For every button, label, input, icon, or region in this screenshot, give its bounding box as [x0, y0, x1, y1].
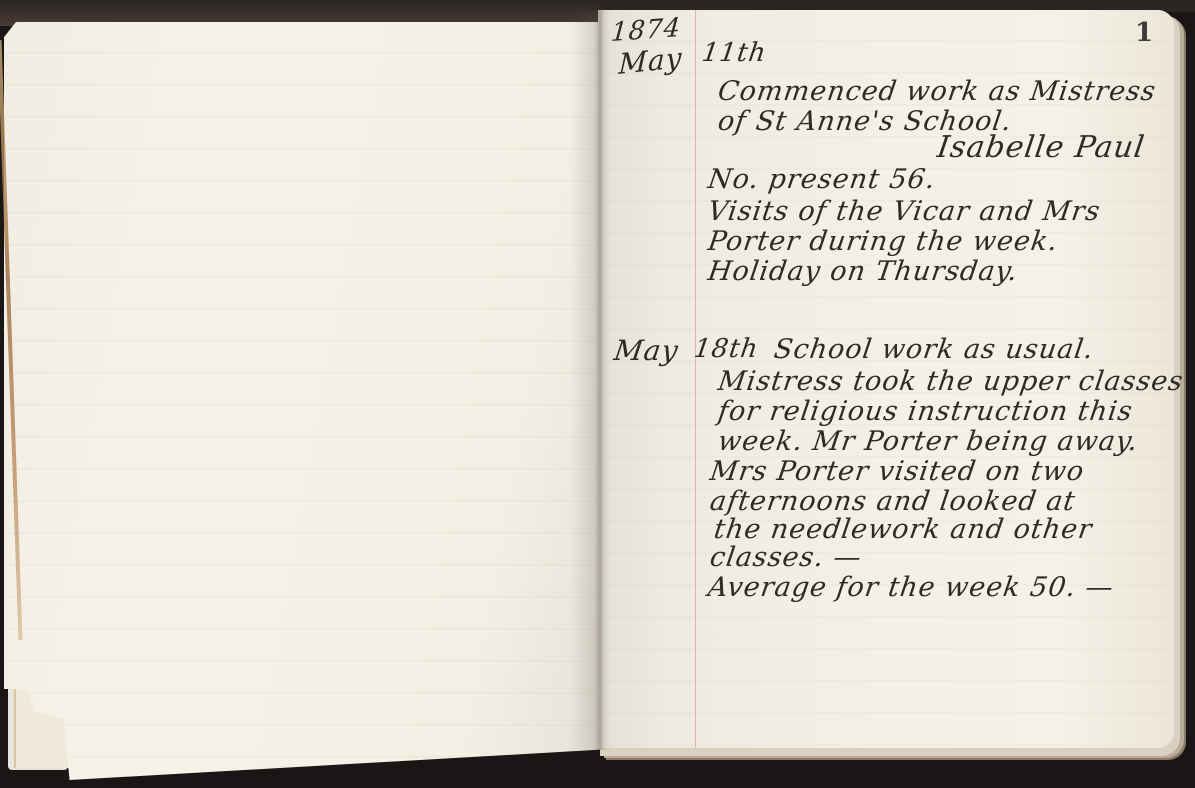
entry-1-day: 11th	[700, 38, 768, 68]
entry-2-line: classes. —	[708, 542, 864, 573]
entry-2-line: Average for the week 50. —	[706, 572, 1116, 603]
entry-1-month: May	[618, 41, 683, 81]
entry-2-line: Mrs Porter visited on two	[708, 456, 1086, 487]
entry-2-line: Mistress took the upper classes	[716, 366, 1185, 397]
page-number: 1	[1135, 18, 1153, 48]
entry-1-line: Commenced work as Mistress	[716, 76, 1158, 107]
entry-2-line: the needlework and other	[712, 514, 1094, 545]
left-page-blank	[4, 22, 600, 780]
entry-2-line: week. Mr Porter being away.	[716, 426, 1140, 457]
signature: Isabelle Paul	[935, 130, 1147, 165]
logbook-scan: 1 1874 May May 11th Commenced work as Mi…	[0, 0, 1195, 788]
entry-2-line: afternoons and looked at	[708, 486, 1078, 517]
margin-rule	[695, 10, 696, 748]
entry-2-line: School work as usual.	[772, 334, 1096, 365]
entry-1-line: Holiday on Thursday.	[706, 256, 1020, 287]
book-gutter	[570, 10, 610, 750]
entry-2-day: 18th	[692, 334, 760, 364]
entry-1-line: Porter during the week.	[706, 226, 1060, 257]
entry-1-line: Visits of the Vicar and Mrs	[706, 196, 1103, 227]
entry-1-line: No. present 56.	[706, 164, 938, 195]
entry-2-month: May	[612, 334, 681, 367]
entry-2-line: for religious instruction this	[716, 396, 1135, 427]
